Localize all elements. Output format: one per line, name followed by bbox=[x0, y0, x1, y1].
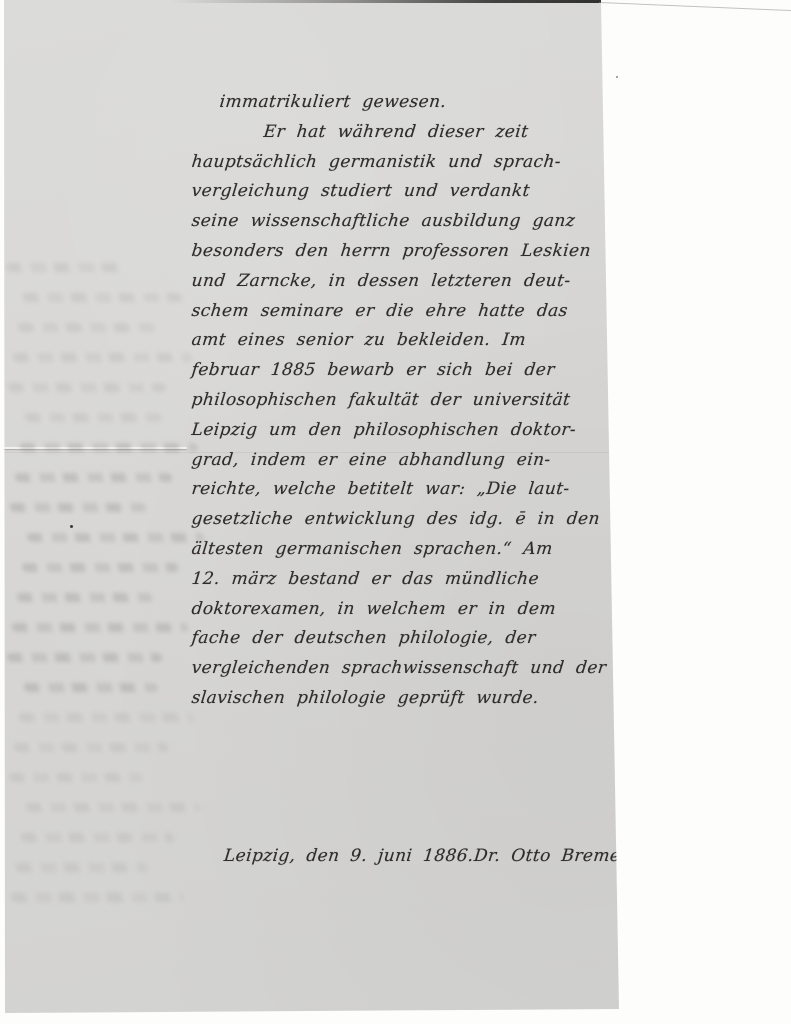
scan-top-edge-shadow bbox=[170, 0, 601, 3]
letter-line: ältesten germanischen sprachen.“ Am bbox=[190, 535, 623, 565]
ink-speck bbox=[616, 76, 618, 78]
bleedthrough-row bbox=[16, 593, 152, 602]
bleedthrough-row bbox=[14, 473, 172, 482]
bleedthrough-row bbox=[24, 413, 162, 422]
bleedthrough-row bbox=[10, 893, 184, 902]
bleedthrough-row bbox=[11, 623, 188, 632]
bleedthrough-row bbox=[25, 803, 200, 812]
bleedthrough-row bbox=[5, 263, 124, 272]
bleedthrough-row bbox=[23, 683, 158, 692]
bleedthrough-row bbox=[22, 293, 182, 302]
scan-edge-line bbox=[599, 2, 791, 11]
bleedthrough-row bbox=[7, 383, 166, 392]
fold-crease bbox=[0, 447, 187, 449]
letter-line: und Zarncke, in dessen letzteren deut- bbox=[190, 267, 623, 297]
scan-canvas: immatrikuliert gewesen. Er hat während d… bbox=[0, 0, 791, 1024]
letter-line: vergleichenden sprachwissenschaft und de… bbox=[190, 654, 623, 684]
bleedthrough-row bbox=[18, 713, 194, 722]
dateline: Leipzig, den 9. juni 1886. bbox=[223, 846, 475, 866]
letter-line: Leipzig um den philosophischen doktor- bbox=[190, 416, 623, 446]
bleedthrough-row bbox=[15, 863, 148, 872]
letter-line: doktorexamen, in welchem er in dem bbox=[190, 595, 623, 625]
bleedthrough-row bbox=[6, 653, 162, 662]
letter-line: slavischen philologie geprüft wurde. bbox=[190, 684, 623, 714]
letter-line: 12. märz bestand er das mündliche bbox=[190, 565, 623, 595]
bleedthrough-row bbox=[17, 323, 156, 332]
signature: Dr. Otto Bremer. bbox=[473, 846, 634, 866]
bleedthrough-row bbox=[8, 773, 142, 782]
letter-line: immatrikuliert gewesen. bbox=[190, 88, 623, 118]
bleedthrough-row bbox=[12, 353, 192, 362]
bleedthrough-row bbox=[21, 563, 178, 572]
letter-line: februar 1885 bewarb er sich bei der bbox=[190, 356, 623, 386]
letter-line: gesetzliche entwicklung des idg. ē in de… bbox=[190, 505, 623, 535]
ink-speck bbox=[70, 525, 73, 528]
bleedthrough-row bbox=[26, 533, 204, 542]
bleedthrough-row bbox=[13, 743, 168, 752]
letter-page: immatrikuliert gewesen. Er hat während d… bbox=[0, 0, 791, 1024]
bleedthrough-row bbox=[9, 503, 146, 512]
letter-line: vergleichung studiert und verdankt bbox=[190, 177, 623, 207]
letter-footer: Leipzig, den 9. juni 1886. Dr. Otto Brem… bbox=[190, 846, 615, 866]
bleedthrough-row bbox=[20, 833, 174, 842]
letter-body: immatrikuliert gewesen. Er hat während d… bbox=[190, 88, 620, 714]
letter-line: seine wissenschaftliche ausbildung ganz bbox=[190, 207, 623, 237]
letter-line: amt eines senior zu bekleiden. Im bbox=[190, 326, 623, 356]
letter-line: Er hat während dieser zeit bbox=[190, 118, 623, 148]
letter-line: fache der deutschen philologie, der bbox=[190, 624, 623, 654]
letter-line: hauptsächlich germanistik und sprach- bbox=[190, 148, 623, 178]
letter-line: schem seminare er die ehre hatte das bbox=[190, 297, 623, 327]
letter-line: reichte, welche betitelt war: „Die laut- bbox=[190, 475, 623, 505]
letter-line: besonders den herrn professoren Leskien bbox=[190, 237, 623, 267]
letter-line: philosophischen fakultät der universität bbox=[190, 386, 623, 416]
letter-line: grad, indem er eine abhandlung ein- bbox=[190, 446, 623, 476]
